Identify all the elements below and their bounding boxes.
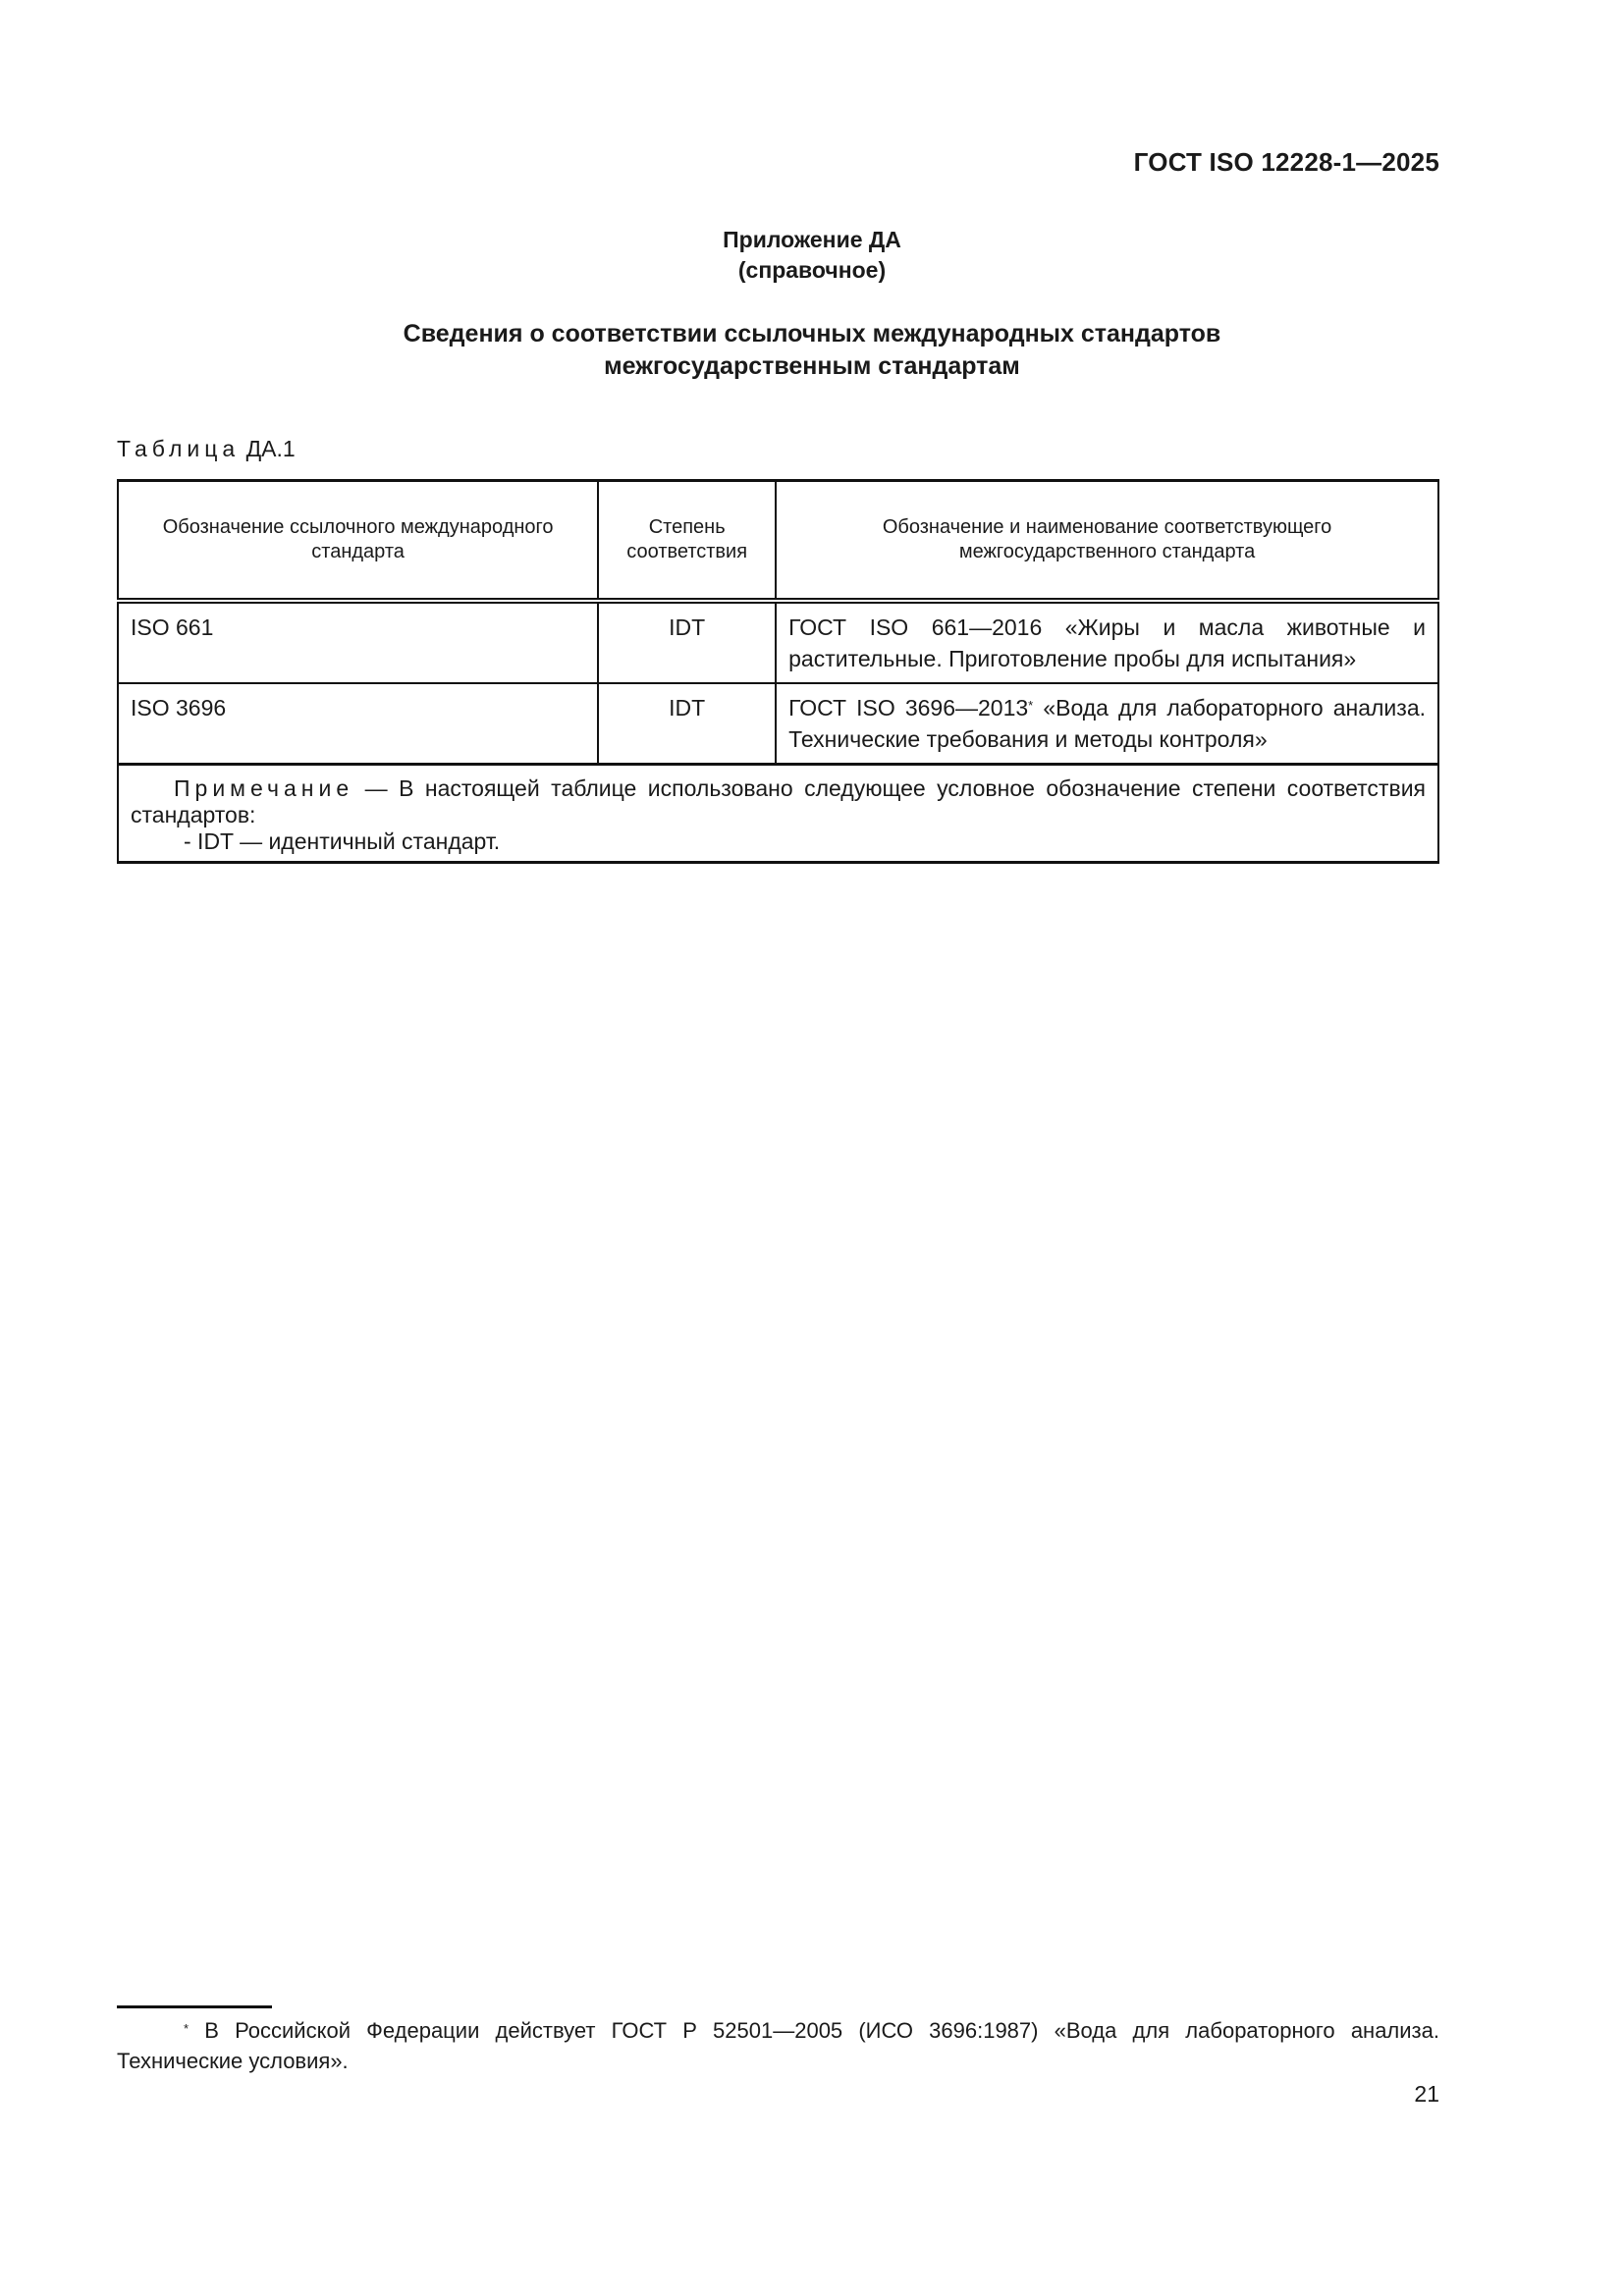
footnote-mark: *: [184, 2021, 189, 2036]
table-row: ISO 661 IDT ГОСТ ISO 661—2016 «Жиры и ма…: [118, 601, 1438, 683]
footnote-text: В Российской Федерации действует ГОСТ Р …: [117, 2018, 1439, 2073]
section-heading-line-1: Сведения о соответствии ссылочных междун…: [0, 318, 1624, 350]
table-caption: Таблица ДА.1: [117, 436, 296, 462]
footnote: * В Российской Федерации действует ГОСТ …: [117, 2015, 1439, 2076]
table-caption-word: Таблица: [117, 436, 240, 461]
cell-international-standard: ISO 661: [118, 601, 598, 683]
table-note: Примечание — В настоящей таблице использ…: [118, 765, 1438, 863]
annex-subtitle: (справочное): [0, 256, 1624, 285]
cell-international-standard: ISO 3696: [118, 683, 598, 765]
footnote-separator: [117, 2005, 272, 2008]
cell-interstate-standard: ГОСТ ISO 3696—2013* «Вода для лабораторн…: [776, 683, 1438, 765]
note-item: - IDT — идентичный стандарт.: [184, 828, 500, 854]
cell-interstate-standard: ГОСТ ISO 661—2016 «Жиры и масла животные…: [776, 601, 1438, 683]
document-code: ГОСТ ISO 12228-1—2025: [1134, 147, 1439, 178]
annex-title: Приложение ДА: [0, 226, 1624, 254]
column-header-degree: Степень соответствия: [598, 481, 776, 602]
cell-degree: IDT: [598, 683, 776, 765]
correspondence-table: Обозначение ссылочного международного ст…: [117, 479, 1439, 864]
note-label: Примечание: [174, 775, 353, 801]
column-header-interstate-standard: Обозначение и наименование соответствующ…: [776, 481, 1438, 602]
table-caption-number: ДА.1: [246, 436, 296, 461]
section-heading-line-2: межгосударственным стандартам: [0, 350, 1624, 383]
column-header-international-standard: Обозначение ссылочного международного ст…: [118, 481, 598, 602]
footnote-reference-mark: *: [1028, 698, 1033, 713]
table-row: ISO 3696 IDT ГОСТ ISO 3696—2013* «Вода д…: [118, 683, 1438, 765]
cell-degree: IDT: [598, 601, 776, 683]
section-heading: Сведения о соответствии ссылочных междун…: [0, 318, 1624, 383]
page-number: 21: [1414, 2081, 1439, 2108]
table-header-row: Обозначение ссылочного международного ст…: [118, 481, 1438, 602]
table-note-row: Примечание — В настоящей таблице использ…: [118, 765, 1438, 863]
interstate-standard-code: ГОСТ ISO 3696—2013: [788, 695, 1028, 721]
